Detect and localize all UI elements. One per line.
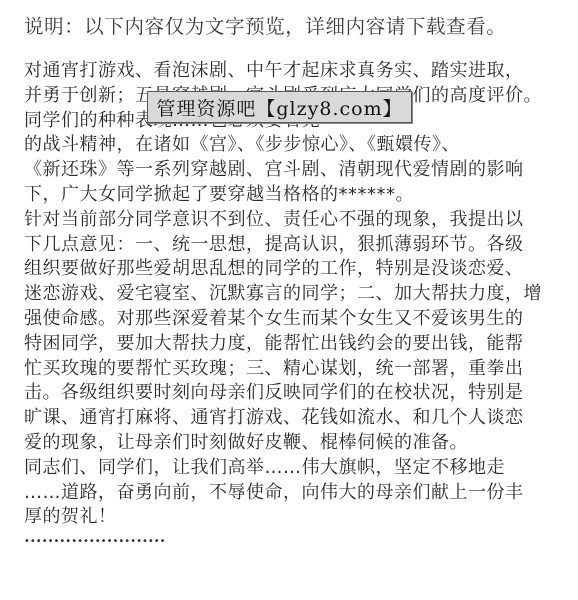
text-line: 对通宵打游戏、看泡沫剧、中午才起床求真务实、踏实进取，: [24, 59, 564, 84]
text-line: 同志们、同学们，让我们高举……伟大旗帜，坚定不移地走: [24, 456, 564, 481]
text-line: 特困同学，要加大帮扶力度，能帮忙出钱约会的要出钱，能帮: [24, 332, 564, 357]
text-line: 下几点意见：一、统一思想，提高认识，狠抓薄弱环节。各级: [24, 233, 564, 258]
watermark-banner: 管理资源吧【glzy8.com】: [147, 91, 412, 123]
trailing-dots: ••••••••••••••••••••••••: [24, 530, 564, 555]
text-line: 的战斗精神，在诸如《宫》、《步步惊心》、《甄嬛传》、: [24, 133, 564, 158]
text-line: ……道路，奋勇向前，不辱使命，向伟大的母亲们献上一份丰: [24, 481, 564, 506]
text-line: 击。各级组织要时刻向母亲们反映同学们的在校状况，特别是: [24, 381, 564, 406]
text-line: 爱的现象，让母亲们时刻做好皮鞭、棍棒伺候的准备。: [24, 431, 564, 456]
document-body: 对通宵打游戏、看泡沫剧、中午才起床求真务实、踏实进取， 并勇于创新；五是穿越剧、…: [24, 59, 564, 555]
preview-notice: 说明：以下内容仅为文字预览，详细内容请下载查看。: [24, 14, 506, 40]
text-line: 迷恋游戏、爱宅寝室、沉默寡言的同学；二、加大帮扶力度，增: [24, 282, 564, 307]
text-line: 厚的贺礼！: [24, 505, 564, 530]
text-line: 强使命感。对那些深爱着某个女生而某个女生又不爱该男生的: [24, 307, 564, 332]
text-line: 忙买玫瑰的要帮忙买玫瑰；三、精心谋划，统一部署，重拳出: [24, 357, 564, 382]
text-line: 下，广大女同学掀起了要穿越当格格的******。: [24, 183, 564, 208]
text-line: 旷课、通宵打麻将、通宵打游戏、花钱如流水、和几个人谈恋: [24, 406, 564, 431]
text-line: 组织要做好那些爱胡思乱想的同学的工作，特别是没谈恋爱、: [24, 257, 564, 282]
text-line: 针对当前部分同学意识不到位、责任心不强的现象，我提出以: [24, 208, 564, 233]
text-line: 《新还珠》等一系列穿越剧、宫斗剧、清朝现代爱情剧的影响: [24, 158, 564, 183]
